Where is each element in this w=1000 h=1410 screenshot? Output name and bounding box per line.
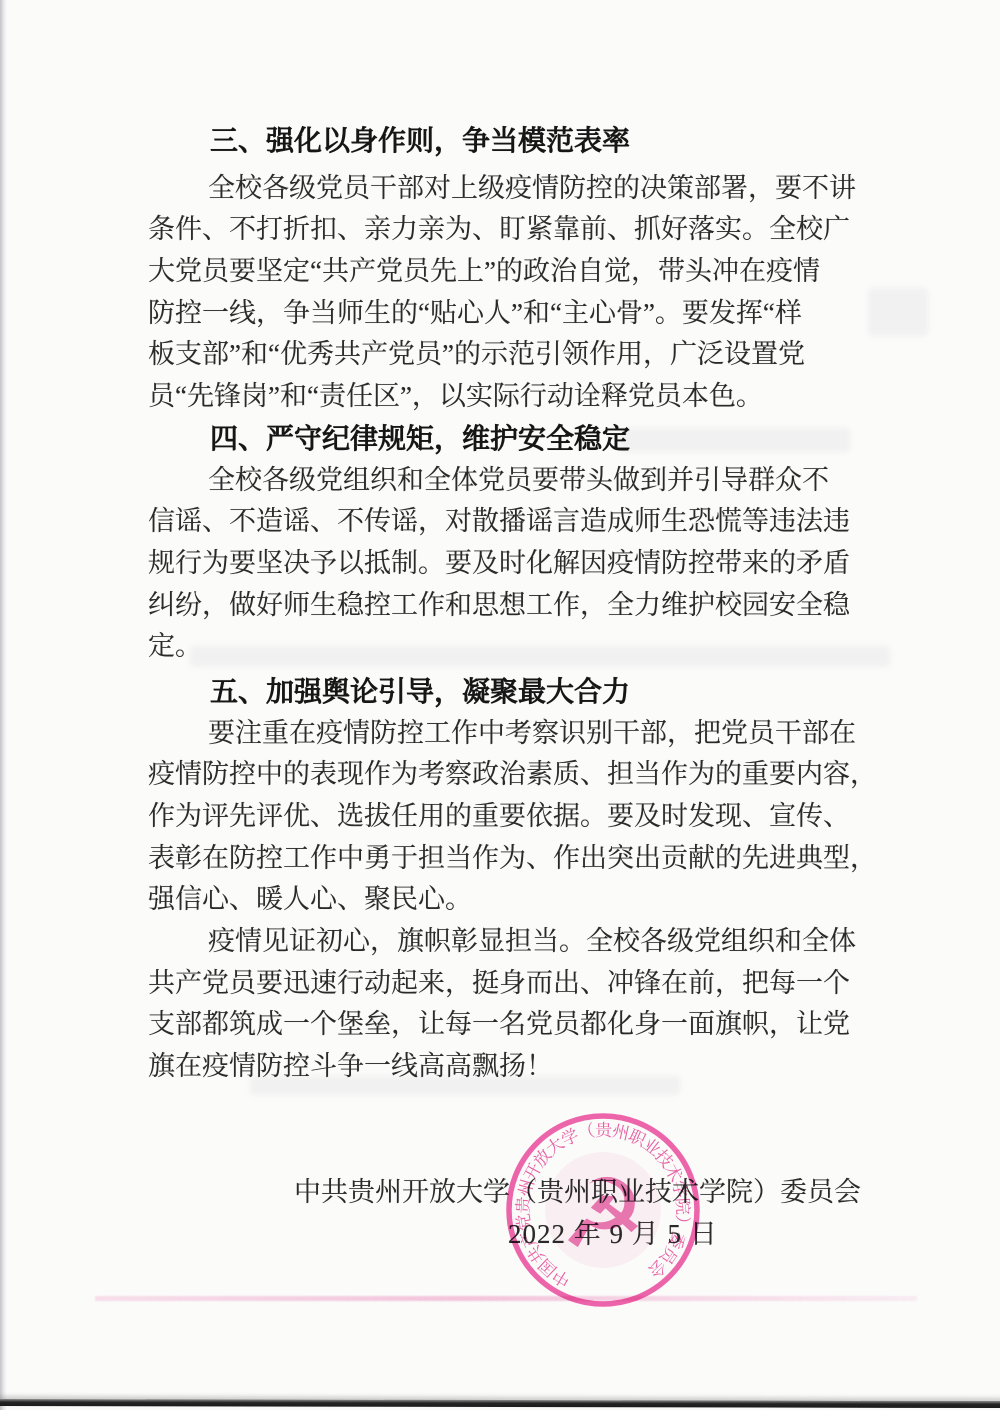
text-line: 规行为要坚决予以抵制。要及时化解因疫情防控带来的矛盾 [148, 543, 850, 585]
scan-edge-bottom [0, 1399, 1000, 1408]
text-line: 条件、不打折扣、亲力亲为、盯紧靠前、抓好落实。全校广 [148, 209, 850, 251]
document-page: 三、强化以身作则，争当模范表率 全校各级党员干部对上级疫情防控的决策部署，要不讲… [0, 0, 1000, 1410]
text-line: 作为评先评优、选拔任用的重要依据。要及时发现、宣传、 [148, 796, 850, 838]
text-line: 共产党员要迅速行动起来，挺身而出、冲锋在前，把每一个 [148, 963, 850, 1005]
text-line: 旗在疫情防控斗争一线高高飘扬！ [148, 1046, 850, 1088]
text-line: 疫情防控中的表现作为考察政治素质、担当作为的重要内容， [148, 754, 850, 796]
text-line: 定。 [148, 626, 850, 668]
text-line: 全校各级党组织和全体党员要带头做到并引导群众不 [148, 460, 850, 502]
text-line: 要注重在疫情防控工作中考察识别干部，把党员干部在 [148, 713, 850, 755]
text-line: 全校各级党员干部对上级疫情防控的决策部署，要不讲 [148, 168, 850, 210]
text-line: 纠纷，做好师生稳控工作和思想工作，全力维护校园安全稳 [148, 585, 850, 627]
text-line: 疫情见证初心，旗帜彰显担当。全校各级党组织和全体 [148, 921, 850, 963]
official-seal-stamp: 中国共产党贵州开放大学（贵州职业技术学院）委员会 ☭ [503, 1110, 703, 1310]
section-heading: 四、严守纪律规矩，维护安全稳定 [148, 418, 850, 460]
scan-edge-left [0, 0, 7, 1410]
text-line: 板支部”和“优秀共产党员”的示范引领作用，广泛设置党 [148, 334, 850, 376]
text-line: 表彰在防控工作中勇于担当作为、作出突出贡献的先进典型， [148, 838, 850, 880]
text-line: 大党员要坚定“共产党员先上”的政治自觉，带头冲在疫情 [148, 251, 850, 293]
text-line: 支部都筑成一个堡垒，让每一名党员都化身一面旗帜，让党 [148, 1004, 850, 1046]
document-body: 三、强化以身作则，争当模范表率 全校各级党员干部对上级疫情防控的决策部署，要不讲… [148, 120, 850, 1088]
bleed-through-ghost [868, 288, 928, 336]
text-line: 员“先锋岗”和“责任区”，以实际行动诠释党员本色。 [148, 376, 850, 418]
text-line: 强信心、暖人心、聚民心。 [148, 879, 850, 921]
section-heading: 三、强化以身作则，争当模范表率 [148, 120, 850, 162]
section-heading: 五、加强舆论引导，凝聚最大合力 [148, 671, 850, 713]
text-line: 信谣、不造谣、不传谣，对散播谣言造成师生恐慌等违法违 [148, 501, 850, 543]
text-line: 防控一线，争当师生的“贴心人”和“主心骨”。要发挥“样 [148, 293, 850, 335]
hammer-sickle-icon: ☭ [560, 1158, 646, 1270]
